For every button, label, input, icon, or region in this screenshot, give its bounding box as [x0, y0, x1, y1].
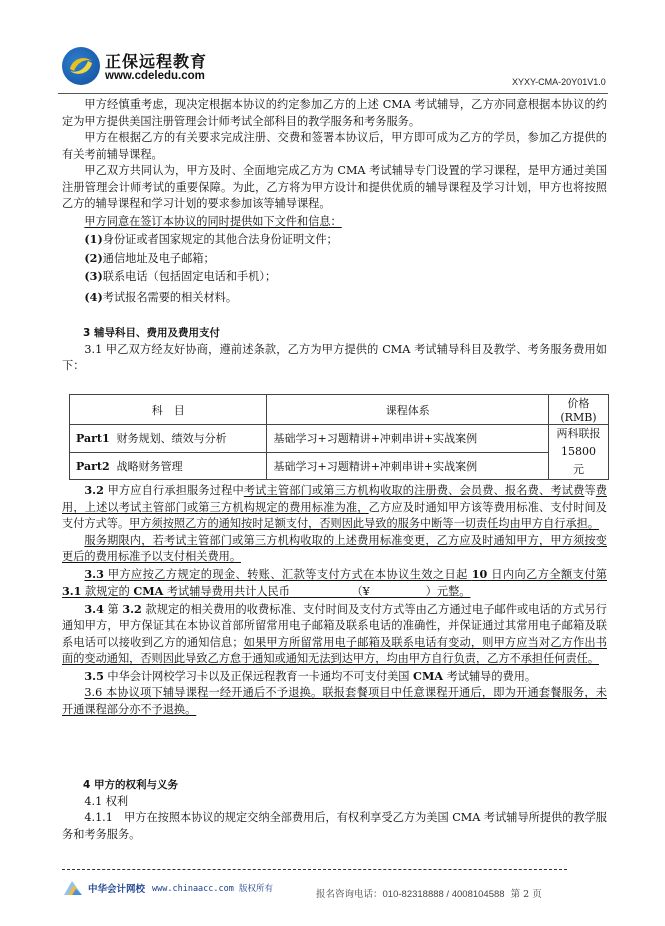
footer-contact: 报名咨询电话：010-82318888 / 4008104588 第 2 页 [316, 886, 542, 900]
brand-name: 正保远程教育 [105, 49, 207, 72]
intro-paragraph-3: 甲乙双方共同认为，甲方及时、全面地完成乙方为 CMA 考试辅导专门设置的学习课程… [62, 163, 607, 213]
clause-3-5: 3.5 中华会计网校学习卡以及正保远程教育一卡通均不可支付美国 CMA 考试辅导… [62, 668, 607, 686]
course-cell: 基础学习+习题精讲+冲刺串讲+实战案例 [267, 452, 549, 480]
clause-3-6: 3.6 本协议项下辅导课程一经开通后不予退换。联报套餐项目中任意课程开通后，即为… [62, 685, 607, 718]
cdeledu-logo-icon [62, 47, 100, 85]
subject-cell: Part1 财务规划、绩效与分析 [70, 425, 267, 453]
footer-divider [62, 869, 567, 870]
fee-table: 科 目 课程体系 价格(RMB) Part1 财务规划、绩效与分析 基础学习+习… [69, 394, 609, 480]
subject-cell: Part2 战略财务管理 [70, 452, 267, 480]
document-item-2: (2)通信地址及电子邮箱； [62, 250, 607, 268]
clause-3-2-fee-change: 服务期限内，若考试主管部门或第三方机构收取的上述费用标准变更，乙方应及时通知甲方… [62, 533, 607, 566]
clause-3-3: 3.3 甲方应按乙方规定的现金、转账、汇款等支付方式在本协议生效之日起 10 日… [62, 566, 607, 601]
clauses-3-2-to-3-6: 3.2 甲方应自行承担服务过程中考试主管部门或第三方机构收取的注册费、会员费、报… [62, 482, 607, 718]
table-row: Part1 财务规划、绩效与分析 基础学习+习题精讲+冲刺串讲+实战案例 两科联… [70, 425, 609, 453]
intro-paragraph-2: 甲方在根据乙方的有关要求完成注册、交费和签署本协议后，甲方即可成为乙方的学员，参… [62, 130, 607, 163]
course-cell: 基础学习+习题精讲+冲刺串讲+实战案例 [267, 425, 549, 453]
table-header-row: 科 目 课程体系 价格(RMB) [70, 395, 609, 425]
price-cell: 两科联报 15800 元 [548, 425, 608, 480]
clause-3-1: 3.1 甲乙双方经友好协商，遵前述条款，乙方为甲方提供的 CMA 考试辅导科目及… [62, 342, 607, 375]
section-3-header: 3 辅导科目、费用及费用支付 3.1 甲乙双方经友好协商，遵前述条款，乙方为甲方… [62, 325, 607, 375]
clause-3-4: 3.4 第 3.2 款规定的相关费用的收费标准、支付时间及支付方式等由乙方通过电… [62, 601, 607, 668]
intro-section: 甲方经慎重考虑，现决定根据本协议的约定参加乙方的上述 CMA 考试辅导，乙方亦同… [62, 97, 607, 306]
header-divider [58, 93, 608, 94]
documents-intro: 甲方同意在签订本协议的同时提供如下文件和信息： [62, 214, 607, 231]
section-4-title: 4 甲方的权利与义务 [62, 777, 607, 794]
clause-4-1-1: 4.1.1 甲方在按照本协议的规定交纳全部费用后，有权利享受乙方为美国 CMA … [62, 810, 607, 843]
clause-4-1: 4.1 权利 [62, 794, 607, 811]
section-3-title: 3 辅导科目、费用及费用支付 [62, 325, 607, 342]
footer-brand: 中华会计网校 [88, 881, 145, 895]
brand-url: www.cdeledu.com [105, 70, 205, 82]
footer-copyright: www.chinaacc.com 版权所有 [152, 882, 273, 894]
header-price: 价格(RMB) [548, 395, 608, 425]
document-id: XYXY-CMA-20Y01V1.0 [512, 77, 606, 87]
document-item-1: (1)身份证或者国家规定的其他合法身份证明文件； [62, 231, 607, 249]
table-row: Part2 战略财务管理 基础学习+习题精讲+冲刺串讲+实战案例 [70, 452, 609, 480]
chinaacc-logo-icon [62, 879, 84, 897]
header-course: 课程体系 [267, 395, 549, 425]
header-subject: 科 目 [70, 395, 267, 425]
document-item-4: (4)考试报名需要的相关材料。 [62, 289, 607, 307]
section-4: 4 甲方的权利与义务 4.1 权利 4.1.1 甲方在按照本协议的规定交纳全部费… [62, 777, 607, 843]
clause-3-2: 3.2 甲方应自行承担服务过程中考试主管部门或第三方机构收取的注册费、会员费、报… [62, 482, 607, 533]
intro-paragraph-1: 甲方经慎重考虑，现决定根据本协议的约定参加乙方的上述 CMA 考试辅导，乙方亦同… [62, 97, 607, 130]
document-item-3: (3)联系电话（包括固定电话和手机）； [62, 268, 607, 286]
